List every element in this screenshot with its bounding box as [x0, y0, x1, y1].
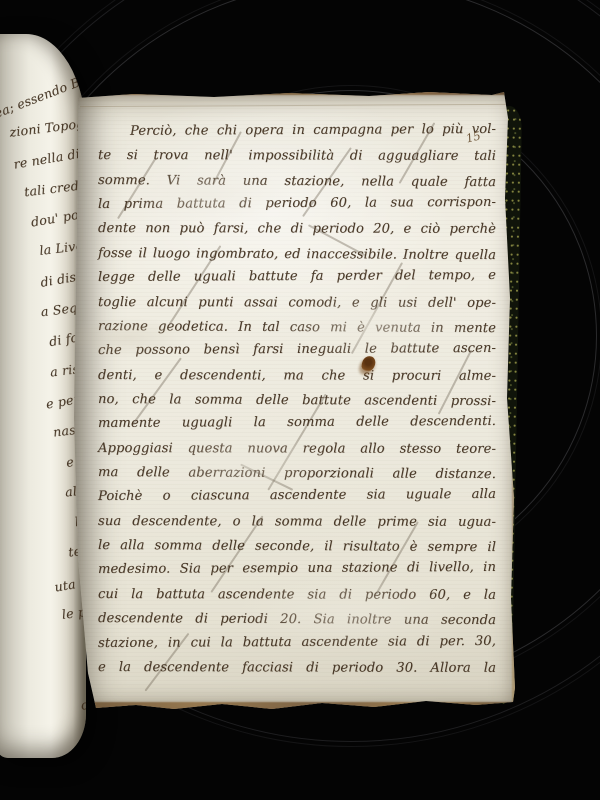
manuscript-line: dente non può farsi, che di periodo 20, … — [98, 217, 496, 242]
paper-crease — [80, 104, 506, 107]
manuscript-line: Poichè o ciascuna ascendente sia uguale … — [98, 483, 496, 509]
manuscript-line: Perciò, che chi opera in campagna per lo… — [98, 118, 496, 144]
manuscript-line: toglie alcuni punti assai comodi, e gli … — [98, 291, 496, 316]
manuscript-line: mamente uguagli la somma delle descenden… — [98, 410, 496, 436]
manuscript-text: Perciò, che chi opera in campagna per lo… — [98, 120, 496, 680]
manuscript-line: che possono bensì farsi ineguali le batt… — [98, 337, 496, 363]
manuscript-line: stazione, in cui la battuta ascendente s… — [98, 629, 496, 655]
manuscript-line: cui la battuta ascendente sia di periodo… — [98, 583, 496, 608]
facing-page: ea; essendo Ba zioni Topogr re nella dis… — [0, 34, 86, 758]
manuscript-line: legge delle uguali battute fa perder del… — [98, 264, 496, 290]
manuscript-photo: ea; essendo Ba zioni Topogr re nella dis… — [0, 0, 600, 800]
manuscript-line: medesimo. Sia per esempio una stazione d… — [98, 556, 496, 582]
manuscript-line: denti, e descendenti, ma che si procuri … — [98, 364, 496, 389]
manuscript-page: 15 Perciò, che chi opera in campagna per… — [74, 88, 516, 712]
manuscript-line: te si trova nell' impossibilità di aggua… — [98, 144, 496, 169]
manuscript-line: sua descendente, o la somma delle prime … — [98, 510, 496, 535]
facing-page-text: ea; essendo Ba zioni Topogr re nella dis… — [0, 76, 86, 724]
manuscript-line: e la descendente facciasi di periodo 30.… — [98, 656, 496, 681]
manuscript-line: Appoggiasi questa nuova regola allo stes… — [98, 437, 496, 462]
manuscript-line: la prima battuta di periodo 60, la sua c… — [98, 191, 496, 217]
